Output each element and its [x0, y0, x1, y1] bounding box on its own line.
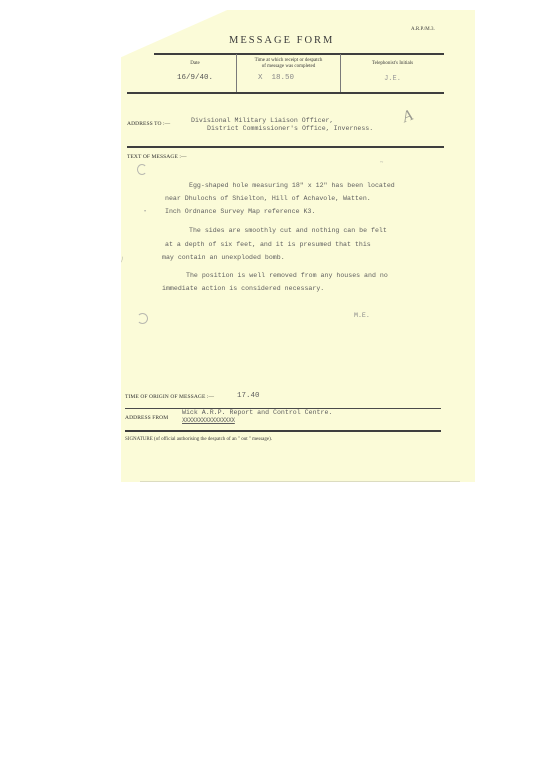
- form-reference: A.R.P./M.3.: [411, 27, 435, 32]
- message-initials: M.E.: [354, 312, 370, 319]
- message-line-8: immediate action is considered necessary…: [162, 285, 324, 292]
- address-to-rule: [127, 146, 444, 148]
- time-of-origin-label: TIME OF ORIGIN OF MESSAGE :—: [125, 394, 214, 400]
- header-divider-2: [340, 54, 341, 92]
- date-value: 16/9/40.: [154, 74, 236, 82]
- time-label: Time at which receipt or despatch of mes…: [237, 58, 340, 70]
- message-line-6: may contain an unexploded bomb.: [162, 254, 285, 261]
- address-to-label: ADDRESS TO :—: [127, 121, 170, 127]
- header-bottom-rule: [127, 92, 444, 94]
- stray-mark: ~: [380, 160, 383, 166]
- signature-area: [125, 447, 441, 477]
- message-line-3: Inch Ordnance Survey Map reference K3.: [165, 208, 315, 215]
- message-line-1: Egg-shaped hole measuring 18" x 12" has …: [189, 182, 395, 189]
- time-label-line-2: of message was completed: [237, 64, 340, 70]
- margin-dot: •: [144, 209, 146, 215]
- message-line-4: The sides are smoothly cut and nothing c…: [189, 227, 387, 234]
- address-from-rule: [125, 430, 441, 432]
- text-of-message-label: TEXT OF MESSAGE :—: [127, 154, 187, 160]
- address-from-label: ADDRESS FROM: [125, 415, 168, 421]
- date-label: Date: [154, 61, 236, 66]
- signature-label: SIGNATURE (of official authorising the d…: [125, 437, 272, 442]
- message-line-2: near Dhulochs of Shielton, Hill of Achav…: [165, 195, 371, 202]
- paper-edge-shadow: [140, 481, 460, 482]
- message-line-7: The position is well removed from any ho…: [186, 272, 388, 279]
- address-from-line-1: Wick A.R.P. Report and Control Centre.: [182, 409, 332, 416]
- time-value: X 18.50: [258, 74, 294, 82]
- telephonist-initials-value: J.E.: [341, 75, 444, 83]
- punch-hole-top: [137, 164, 147, 175]
- address-to-line-1: Divisional Military Liaison Officer,: [191, 117, 333, 124]
- form-title: MESSAGE FORM: [229, 35, 334, 46]
- time-of-origin-value: 17.40: [237, 392, 260, 400]
- address-to-line-2: District Commissioner's Office, Invernes…: [207, 125, 373, 132]
- header-top-rule: [154, 53, 444, 55]
- message-line-5: at a depth of six feet, and it is presum…: [165, 241, 371, 248]
- telephonist-initials-label: Telephonist's Initials: [341, 61, 444, 66]
- address-from-struck-line: XXXXXXXXXXXXXXXX: [182, 417, 235, 424]
- punch-hole-bottom: [137, 313, 148, 324]
